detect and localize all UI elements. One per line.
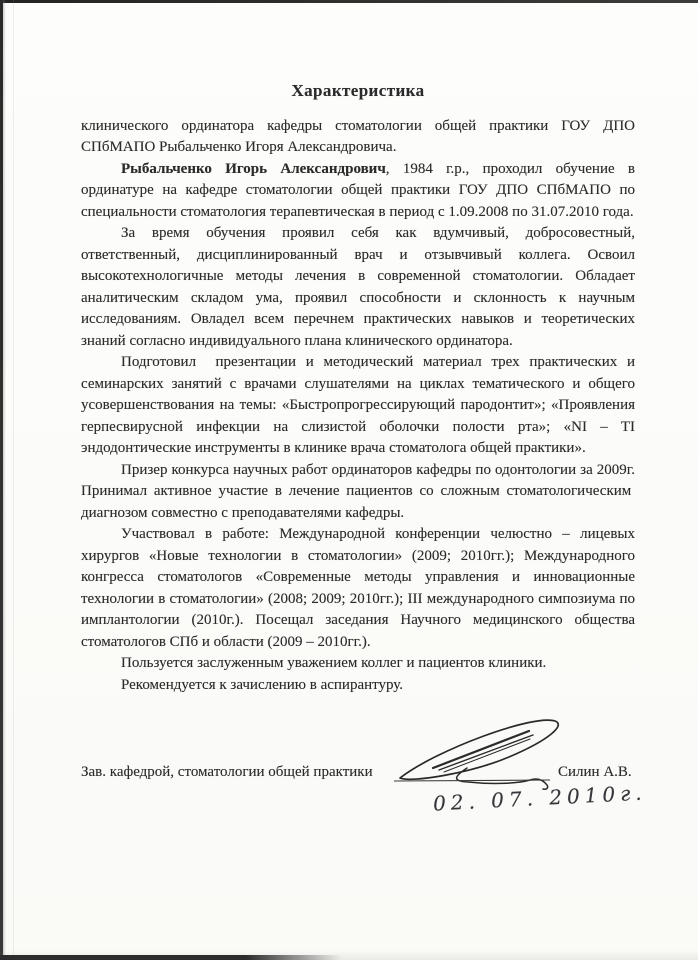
paragraph: Подготовил презентации и методический ма… bbox=[81, 352, 635, 460]
paragraph: Призер конкурса научных работ ординаторо… bbox=[81, 460, 635, 525]
document-title: Характеристика bbox=[81, 80, 635, 102]
scan-vertical-artifact-line bbox=[13, 0, 14, 960]
signer-name: Силин А.В. bbox=[558, 762, 632, 784]
paragraph: Рекомендуется к зачислению в аспирантуру… bbox=[81, 675, 635, 697]
paragraph: клинического ординатора кафедры стоматол… bbox=[81, 116, 635, 159]
signature-role-label: Зав. кафедрой, стоматологии общей практи… bbox=[81, 762, 373, 784]
scanned-document-page: Характеристика клинического ординатора к… bbox=[0, 0, 698, 960]
paragraph: За время обучения проявил себя как вдумч… bbox=[81, 223, 635, 352]
scan-edge-bottom bbox=[0, 955, 342, 960]
paragraph: Рыбальченко Игорь Александрович, 1984 г.… bbox=[81, 159, 635, 224]
scan-edge-top bbox=[0, 0, 698, 3]
scan-edge-left-shadow bbox=[3, 0, 6, 960]
document-content: Характеристика клинического ординатора к… bbox=[81, 80, 635, 856]
paragraph: Пользуется заслуженным уважением коллег … bbox=[81, 653, 635, 675]
paragraph: Участвовал в работе: Международной конфе… bbox=[81, 524, 635, 653]
signature-block: Зав. кафедрой, стоматологии общей практи… bbox=[81, 696, 635, 856]
document-body: клинического ординатора кафедры стоматол… bbox=[81, 116, 635, 697]
signature-inner-stroke bbox=[444, 739, 530, 772]
